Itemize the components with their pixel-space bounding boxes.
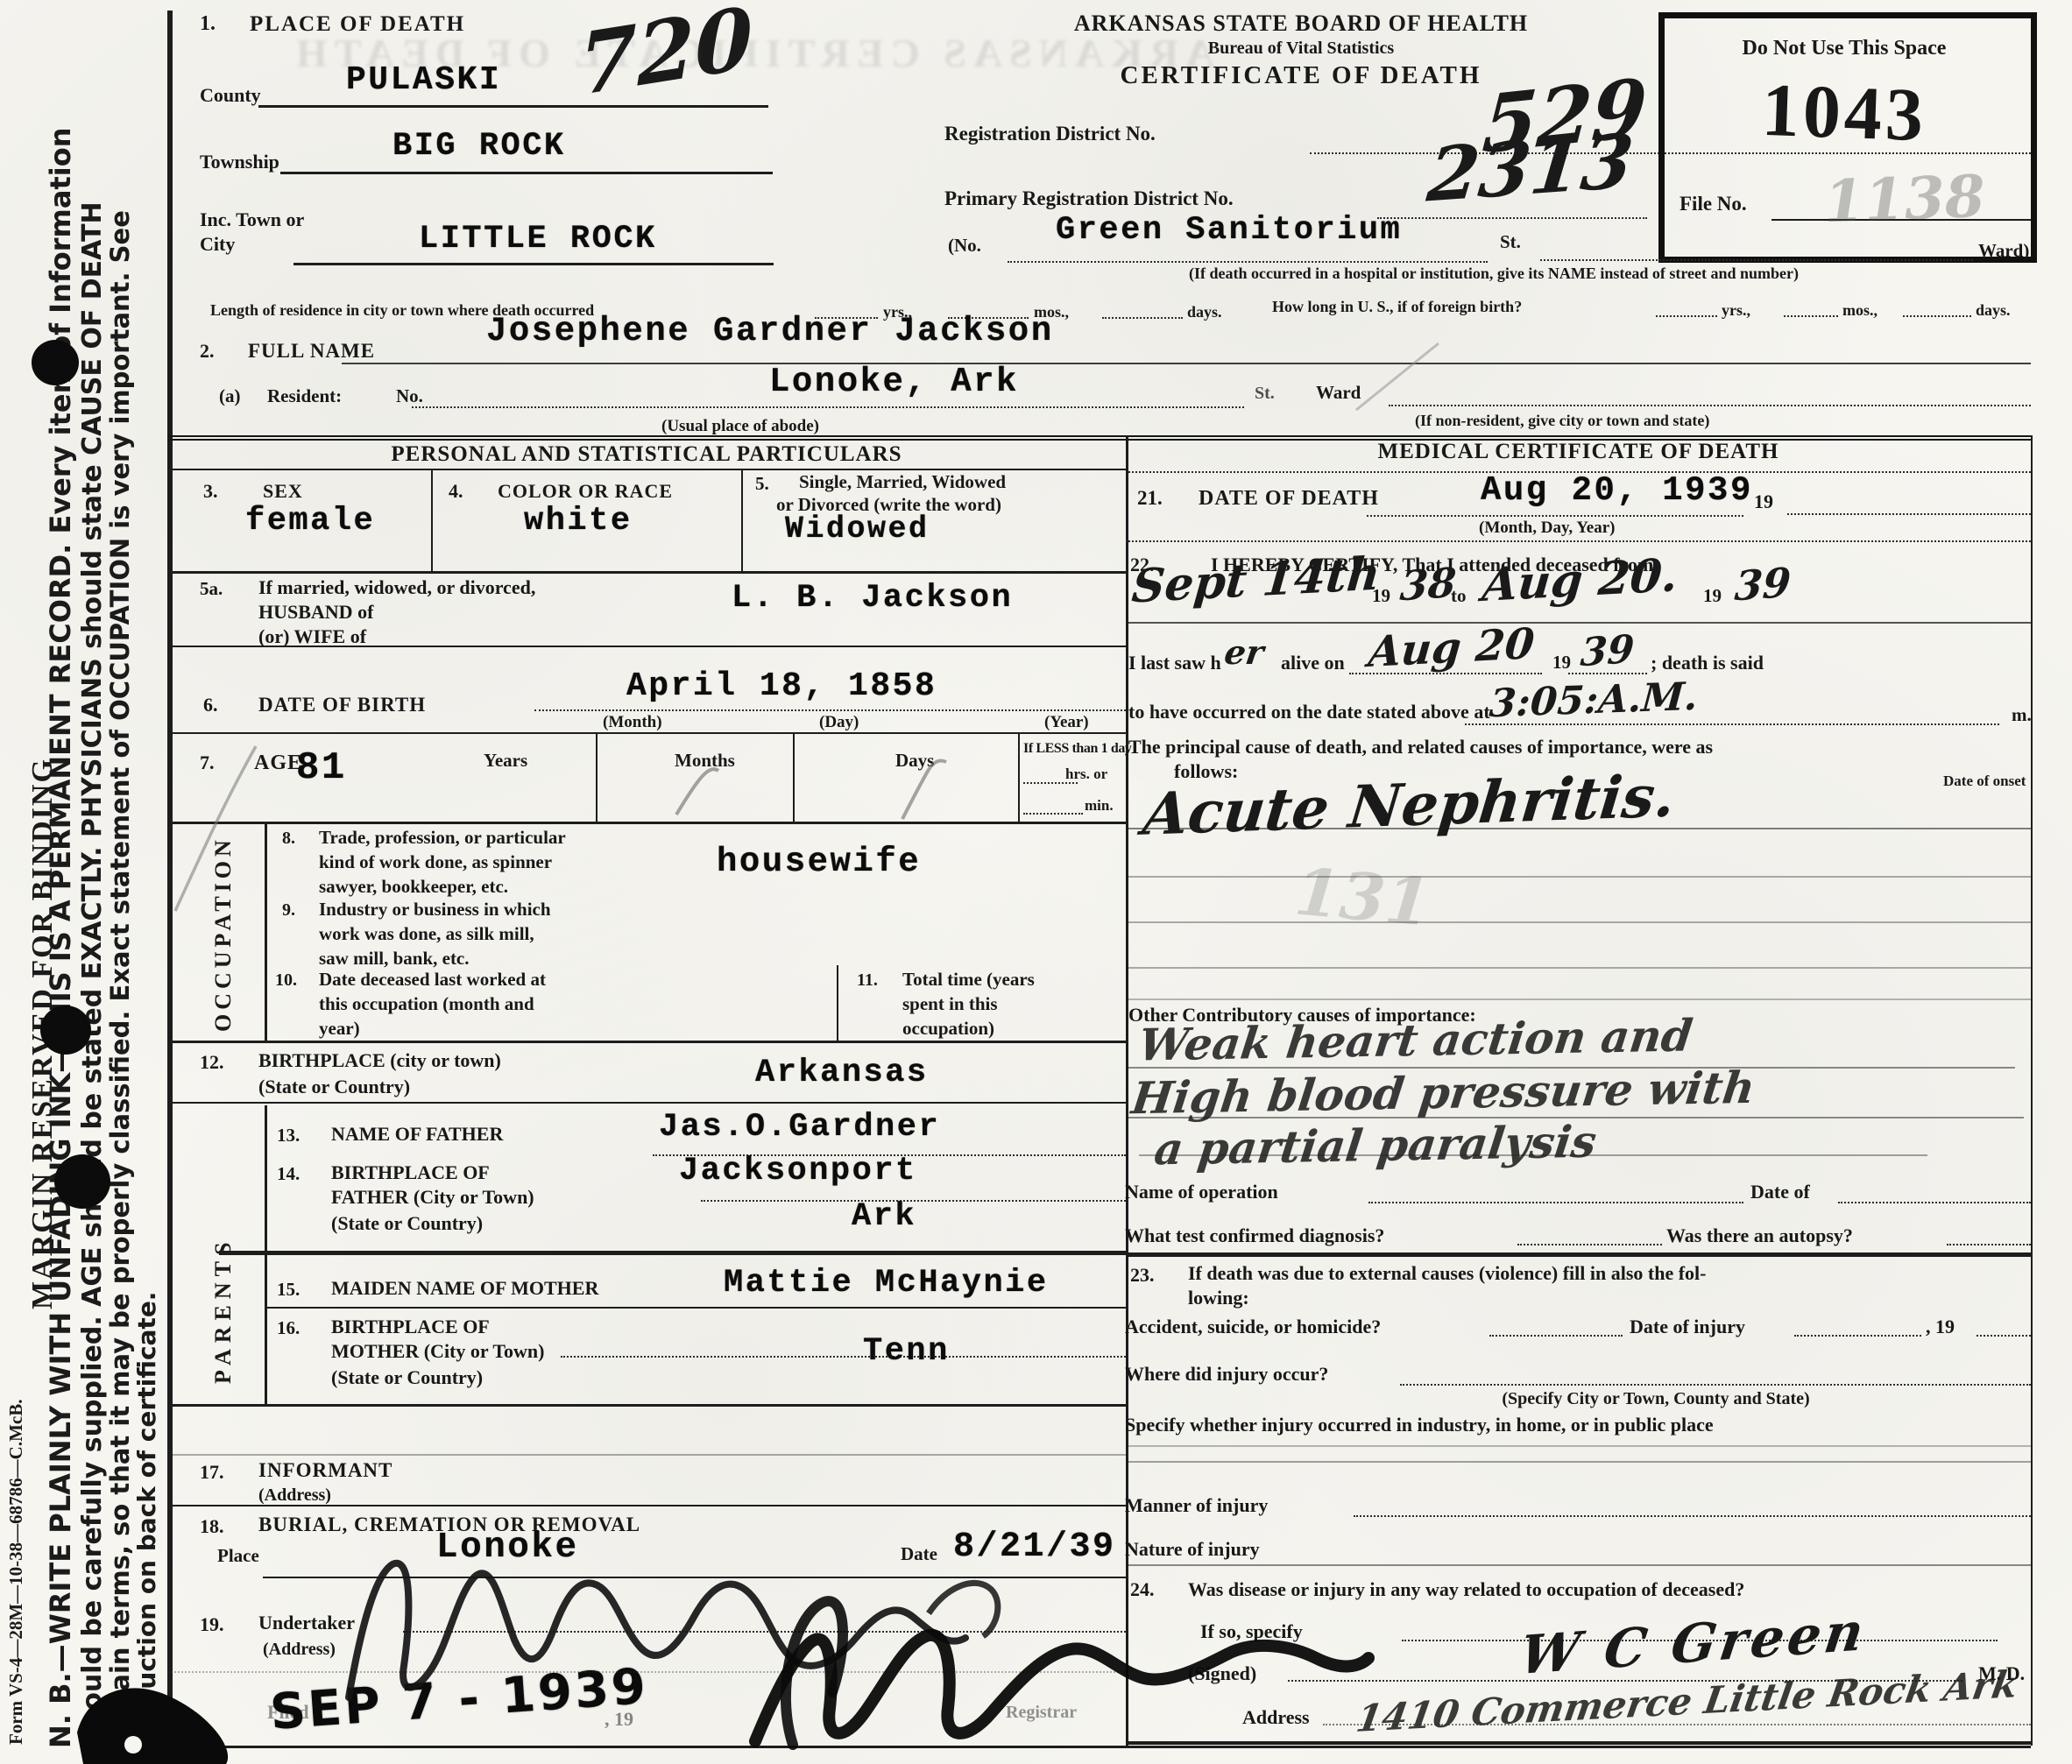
father-label: NAME OF FATHER: [331, 1123, 503, 1146]
hospital-note: (If death occurred in a hospital or inst…: [955, 265, 2033, 283]
dob-label: DATE OF BIRTH: [258, 694, 426, 716]
dod-19-line: [1787, 513, 2031, 515]
age-cell-line: [596, 732, 598, 822]
us-length-note: How long in U. S., if of foreign birth?: [1272, 298, 1522, 316]
age-value: 81: [296, 746, 347, 790]
registrar-signature-loop: [786, 1601, 843, 1745]
right-border: [2031, 435, 2033, 1746]
fullname-value: Josephene Gardner Jackson: [486, 312, 1054, 350]
last-saw-her: er: [1222, 632, 1267, 672]
injury-19-line: [1977, 1335, 2031, 1337]
birthplace-label-1: BIRTHPLACE (city or town): [258, 1049, 501, 1072]
county-label: County: [200, 84, 261, 107]
race-label: COLOR OR RACE: [498, 480, 673, 503]
us-line: [1784, 315, 1838, 317]
injury-date-label: Date of injury: [1630, 1316, 1745, 1338]
accident-label: Accident, suicide, or homicide?: [1125, 1316, 1381, 1338]
us-line: [1903, 315, 1971, 317]
signed-label: (Signed): [1188, 1662, 1256, 1685]
rule-heavy: [1126, 1741, 2031, 1745]
pencil-code: 131: [1292, 854, 1433, 941]
rule: [1126, 876, 2031, 878]
undertaker-number: 19.: [200, 1613, 224, 1636]
dod-caption: (Month, Day, Year): [1479, 519, 1616, 538]
occ11-line3: occupation): [902, 1018, 994, 1040]
city-value: LITTLE ROCK: [419, 221, 657, 258]
dob-line: [534, 709, 1126, 711]
age-days-label: Days: [895, 750, 934, 772]
occupation-side-label: OCCUPATION: [210, 836, 237, 1032]
cell-line: [741, 469, 743, 571]
contributory-line-1: Weak heart action and: [1135, 1009, 1695, 1070]
resident-st-label: St.: [1255, 384, 1275, 404]
us-days: days.: [1976, 301, 2011, 320]
institution-value: Green Sanitorium: [1056, 212, 1402, 249]
do-not-use-label: Do Not Use This Space: [1673, 37, 2015, 60]
institution-st-line: [1540, 259, 1973, 261]
section1-number: 1.: [200, 12, 216, 36]
occ10-line1: Date deceased last worked at: [319, 969, 546, 991]
age-cell-line: [1018, 732, 1020, 822]
death-certificate-scan: MARGIN RESERVED FOR BINDING Form VS-4—28…: [0, 0, 2072, 1764]
father-number: 13.: [277, 1125, 300, 1147]
attended-to-19: 19: [1703, 585, 1722, 607]
birthplace-label-2: (State or Country): [258, 1076, 410, 1098]
test-label: What test confirmed diagnosis?: [1125, 1224, 1384, 1247]
margin-note-line2: should be carefully supplied. AGE should…: [77, 201, 108, 1745]
informant-number: 17.: [200, 1461, 224, 1484]
row-line: [167, 646, 1126, 647]
institution-st-label: St.: [1500, 231, 1521, 253]
attended-to-word: to: [1451, 585, 1467, 607]
form-left-border: [167, 11, 173, 1746]
ink-blot: [40, 1005, 91, 1055]
dod-value: Aug 20, 1939: [1481, 471, 1753, 510]
birthplace-value: Arkansas: [755, 1055, 929, 1091]
principal-cause-text-1: The principal cause of death, and relate…: [1128, 736, 1713, 759]
row-line: [167, 571, 1126, 574]
rule: [1126, 967, 2031, 969]
dob-number: 6.: [203, 694, 218, 716]
dod-label: DATE OF DEATH: [1199, 487, 1379, 511]
husband-label-2: HUSBAND of: [258, 601, 373, 624]
father-birthplace-city: Jacksonport: [679, 1153, 917, 1189]
parents-side-label: PARENTS: [210, 1237, 237, 1384]
occ9-line2: work was done, as silk mill,: [319, 923, 534, 945]
personal-section-header: PERSONAL AND STATISTICAL PARTICULARS: [167, 442, 1126, 467]
rule: [1126, 1461, 2031, 1463]
address-line: [1323, 1724, 2031, 1725]
injury-date-line: [1794, 1335, 1921, 1337]
resident-a: (a): [219, 385, 241, 407]
last-saw-19: 19: [1552, 652, 1571, 674]
marital-value: Widowed: [785, 512, 930, 547]
mother-number: 15.: [277, 1279, 300, 1301]
row-line: [167, 1102, 1126, 1104]
sex-number: 3.: [203, 480, 218, 503]
husband-label-1: If married, widowed, or divorced,: [258, 576, 535, 599]
months-check-mark: [676, 769, 718, 815]
rule: [1126, 540, 2031, 542]
filed-line: [167, 1671, 1126, 1673]
occ9-number: 9.: [282, 900, 295, 921]
age-number: 7.: [200, 751, 215, 774]
us-line: [1656, 315, 1717, 317]
institution-open-paren: (No.: [948, 235, 981, 257]
row-line: [167, 1505, 1126, 1506]
where-line: [1400, 1384, 2031, 1386]
last-saw-text-1: I last saw h: [1128, 652, 1221, 674]
rule: [1126, 828, 2031, 829]
residence-line: [1102, 317, 1183, 319]
attended-from-value: Sept 14th: [1130, 547, 1383, 613]
mother-value: Mattie McHaynie: [724, 1265, 1049, 1302]
accident-line: [1489, 1335, 1623, 1337]
row-line: [167, 822, 1126, 824]
father-value: Jas.O.Gardner: [659, 1109, 940, 1146]
abode-note: (Usual place of abode): [661, 417, 819, 436]
residence-value: Lonoke, Ark: [769, 363, 1019, 401]
age-label: AGE: [254, 751, 302, 775]
dod-line: [1367, 515, 1743, 517]
primary-district-value: 2313: [1424, 116, 1637, 218]
bureau-subtitle: Bureau of Vital Statistics: [1012, 39, 1590, 59]
dod-19: 19: [1754, 490, 1773, 513]
mother-birthplace-number: 16.: [277, 1317, 300, 1339]
primary-district-line: [1377, 217, 1647, 219]
operation-line: [1368, 1202, 1743, 1203]
city-line: [293, 263, 774, 265]
row-line: [167, 1041, 1126, 1043]
rule-heavy: [1126, 1252, 2031, 1257]
burial-number: 18.: [200, 1515, 224, 1538]
test-line: [1517, 1244, 1662, 1245]
mother-birthplace-line: [561, 1356, 1126, 1358]
q24-text: Was disease or injury in any way related…: [1188, 1578, 1744, 1601]
birthplace-number: 12.: [200, 1051, 224, 1074]
external-text-1: If death was due to external causes (vio…: [1188, 1262, 1707, 1285]
margin-form-number: Form VS-4—28M—10-38—68786—C.McB.: [5, 1400, 27, 1745]
address-label: Address: [1242, 1706, 1310, 1729]
age-min-label: min.: [1085, 797, 1114, 815]
resident-ward-label: Ward: [1316, 382, 1361, 404]
marital-label-1: Single, Married, Widowed: [799, 471, 1006, 493]
date-of-onset-label: Date of onset: [1943, 773, 2026, 790]
attended-from-year: 38: [1398, 559, 1458, 610]
resident-line-2: [1389, 405, 2031, 406]
mother-birthplace-value: Tenn: [863, 1333, 950, 1370]
time-line: [1465, 723, 1999, 725]
race-value: white: [524, 503, 633, 540]
saw-line: [1349, 673, 1542, 674]
contributory-line-2: High blood pressure with: [1128, 1062, 1757, 1125]
residence-days: days.: [1187, 303, 1222, 321]
fullname-label: FULL NAME: [248, 340, 375, 363]
resident-pen-slash: [1356, 343, 1439, 410]
bottom-border: [167, 1746, 2031, 1748]
operation-date-line: [1838, 1202, 2031, 1203]
occ11-line2: spent in this: [902, 993, 998, 1015]
dob-day-caption: (Day): [819, 713, 859, 732]
last-saw-year: 39: [1579, 627, 1636, 676]
nonresident-note: (If non-resident, give city or town and …: [1415, 412, 1709, 430]
injury-19: , 19: [1926, 1316, 1955, 1338]
father-birthplace-label-1: BIRTHPLACE OF: [331, 1161, 490, 1184]
contributory-line-3: a partial paralysis: [1151, 1116, 1599, 1175]
township-value: BIG ROCK: [392, 128, 566, 165]
sex-label: SEX: [263, 480, 303, 503]
attended-to-year: 39: [1733, 559, 1793, 610]
registrar-label: Registrar: [1006, 1703, 1077, 1723]
resident-no-label: No.: [396, 385, 423, 407]
occ10-line2: this occupation (month and: [319, 993, 534, 1015]
saw-line-2: [1568, 673, 1647, 674]
fullname-line: [342, 363, 2031, 364]
rule: [1126, 998, 2031, 1000]
row-line: [263, 1577, 1126, 1578]
occ9-line3: saw mill, bank, etc.: [319, 948, 470, 970]
father-birthplace-label-3: (State or Country): [331, 1212, 483, 1235]
husband-value: L. B. Jackson: [732, 580, 1013, 617]
undertaker-address-label: (Address): [263, 1640, 336, 1660]
age-less-label: If LESS than 1 day: [1023, 741, 1132, 757]
mother-birthplace-label-2: MOTHER (City or Town): [331, 1340, 544, 1363]
specify-industry-note: Specify whether injury occurred in indus…: [1125, 1414, 1714, 1436]
stamp-number: 1043: [1672, 62, 2016, 162]
dob-value: April 18, 1858: [626, 667, 937, 705]
faint-line: [167, 1454, 1126, 1456]
city-label-2: City: [200, 233, 235, 256]
informant-address-label: (Address): [258, 1485, 331, 1506]
rule: [1139, 1154, 1927, 1156]
father-birthplace-state: Ark: [852, 1198, 916, 1235]
resident-line: [412, 406, 1244, 408]
rule: [1126, 1445, 2031, 1447]
township-label: Township: [200, 151, 279, 173]
q24-number: 24.: [1130, 1578, 1155, 1601]
resident-label: Resident:: [267, 385, 342, 407]
occupation-value: housewife: [717, 843, 921, 881]
age-years-label: Years: [484, 750, 527, 772]
row-line: [167, 1404, 1126, 1407]
occ10-number: 10.: [275, 970, 297, 991]
us-mos: mos.,: [1842, 301, 1878, 320]
burial-date-value: 8/21/39: [953, 1528, 1116, 1567]
operation-date-label: Date of: [1750, 1181, 1810, 1203]
us-yrs: yrs.,: [1722, 301, 1750, 320]
husband-number: 5a.: [200, 578, 223, 600]
age-months-label: Months: [675, 750, 735, 772]
occ11-number: 11.: [857, 970, 878, 991]
marital-number: 5.: [755, 473, 769, 495]
personal-header-line: [167, 469, 1126, 470]
occ8-line2: kind of work done, as spinner: [319, 851, 552, 873]
occurred-text: to have occurred on the date stated abov…: [1128, 701, 1490, 723]
dob-year-caption: (Year): [1044, 713, 1089, 732]
occ8-number: 8.: [282, 829, 295, 849]
registration-district-label: Registration District No.: [944, 123, 1156, 145]
occ11-line1: Total time (years: [902, 969, 1035, 991]
occupation-inner-line: [265, 823, 267, 1041]
age-hrs-label: hrs. or: [1065, 766, 1107, 783]
filed-19: , 19: [605, 1708, 633, 1731]
manner-line: [1354, 1515, 2031, 1517]
fullname-number: 2.: [200, 340, 215, 363]
row-line: [265, 1307, 1126, 1309]
city-label-1: Inc. Town or: [200, 208, 304, 231]
father-birthplace-number: 14.: [277, 1163, 300, 1185]
mother-label: MAIDEN NAME OF MOTHER: [331, 1277, 598, 1300]
margin-note-line3: in plain terms, so that it may be proper…: [105, 210, 135, 1753]
occupation-cell-line: [837, 965, 838, 1041]
margin-note-line4: instruction on back of certificate.: [132, 1292, 161, 1753]
external-text-2: lowing:: [1188, 1287, 1249, 1309]
occurred-m-suffix: m.: [2012, 704, 2032, 726]
nature-injury-label: Nature of injury: [1125, 1538, 1260, 1561]
row-line: [167, 732, 1126, 734]
undertaker-line: [403, 1631, 1126, 1633]
attended-from-19: 19: [1372, 585, 1390, 607]
board-title: ARKANSAS STATE BOARD OF HEALTH: [1012, 11, 1590, 37]
attended-to-value: Aug 20.: [1480, 548, 1680, 612]
occ8-line1: Trade, profession, or particular: [319, 827, 566, 849]
last-saw-text-3: ; death is said: [1651, 652, 1764, 674]
age-cell-line: [793, 732, 795, 822]
rule: [1126, 1564, 2031, 1566]
race-number: 4.: [449, 480, 463, 503]
operation-label: Name of operation: [1125, 1181, 1278, 1203]
township-line: [280, 172, 773, 174]
burial-date-label: Date: [901, 1543, 937, 1565]
dob-month-caption: (Month): [603, 713, 662, 732]
burial-place-value: Lonoke: [436, 1528, 579, 1568]
cell-line: [431, 469, 433, 571]
father-birthplace-label-2: FATHER (City or Town): [331, 1186, 534, 1209]
county-line: [258, 105, 768, 108]
institution-ward-label: Ward): [1978, 240, 2029, 262]
dod-number: 21.: [1137, 487, 1163, 510]
occ10-line3: year): [319, 1018, 360, 1040]
ink-blot: [32, 340, 79, 385]
medical-section-header: MEDICAL CERTIFICATE OF DEATH: [1126, 440, 2031, 464]
autopsy-label: Was there an autopsy?: [1666, 1224, 1853, 1247]
mother-birthplace-label-3: (State or Country): [331, 1366, 483, 1389]
last-saw-date: Aug 20: [1367, 619, 1537, 677]
last-saw-text-2: alive on: [1281, 652, 1345, 674]
ifso-label: If so, specify: [1200, 1620, 1303, 1643]
specify-city-note: (Specify City or Town, County and State): [1279, 1389, 2033, 1409]
rule: [1126, 622, 2031, 624]
time-of-death: 3:05:A.M.: [1488, 674, 1699, 726]
undertaker-label: Undertaker: [258, 1612, 355, 1634]
where-injury-label: Where did injury occur?: [1125, 1363, 1328, 1386]
occ8-line3: sawyer, bookkeeper, etc.: [319, 876, 508, 898]
manner-injury-label: Manner of injury: [1125, 1494, 1268, 1517]
row-line-heavy: [219, 1251, 1126, 1255]
burial-place-label: Place: [217, 1545, 259, 1567]
external-number: 23.: [1130, 1264, 1155, 1287]
autopsy-line: [1947, 1244, 2031, 1245]
informant-label: INFORMANT: [258, 1459, 392, 1482]
ink-blot: [54, 1154, 110, 1209]
primary-district-label: Primary Registration District No.: [944, 187, 1234, 210]
rule: [1126, 921, 2031, 923]
age-min-line: [1023, 813, 1083, 815]
mother-birthplace-label-1: BIRTHPLACE OF: [331, 1316, 490, 1338]
institution-line: [1008, 261, 1488, 263]
undertaker-signature-flourish: [929, 1583, 998, 1636]
sex-value: female: [245, 503, 375, 540]
occ9-line1: Industry or business in which: [319, 899, 551, 921]
